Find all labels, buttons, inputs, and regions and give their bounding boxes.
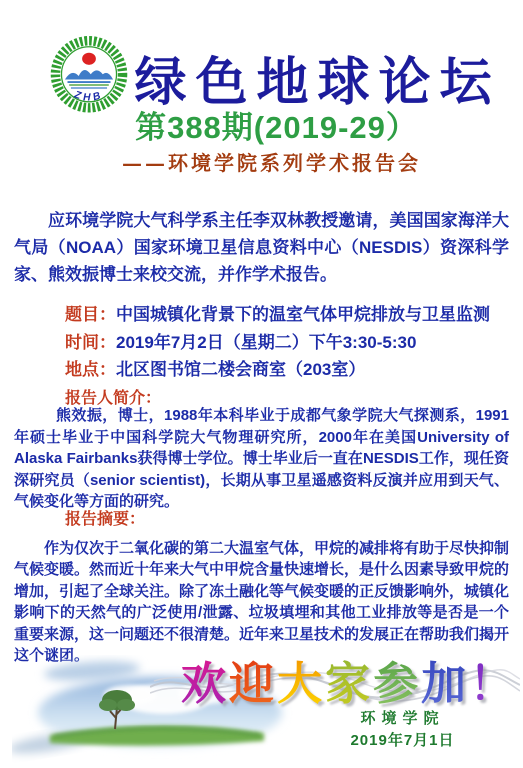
organizer-name: 环境学院 — [330, 707, 475, 728]
welcome-char: 参 — [373, 647, 421, 712]
time-label: 时间： — [65, 333, 116, 352]
tree-foliage — [117, 699, 135, 711]
poster-footer-area: 欢迎大家参加！ 环境学院 2019年7月1日 — [0, 645, 523, 768]
welcome-char: 家 — [325, 647, 373, 712]
series-subtitle: ——环境学院系列学术报告会 — [20, 147, 523, 176]
time-value: 2019年7月2日（星期二）下午3:30-5:30 — [116, 333, 416, 352]
seminar-poster: ZHB 绿色地球论坛 第388期(2019-29） ——环境学院系列学术报告会 … — [0, 0, 523, 768]
topic-label: 题目： — [65, 305, 116, 324]
topic-row: 题目：中国城镇化背景下的温室气体甲烷排放与卫星监测 — [65, 301, 509, 329]
welcome-text: 欢迎大家参加！ — [181, 647, 517, 712]
abstract-heading-row: 报告摘要： — [65, 509, 509, 531]
welcome-char: 加 — [421, 647, 469, 712]
event-details: 题目：中国城镇化背景下的温室气体甲烷排放与卫星监测 时间：2019年7月2日（星… — [65, 301, 509, 412]
venue-row: 地点：北区图书馆二楼会商室（203室） — [65, 356, 509, 384]
welcome-char: 大 — [277, 647, 325, 712]
bio-heading: 报告人简介： — [65, 390, 161, 407]
tree-foliage — [99, 699, 117, 711]
abstract-heading: 报告摘要： — [65, 511, 145, 528]
welcome-char: ！ — [469, 647, 517, 712]
speaker-bio: 熊效振，博士，1988年本科毕业于成都气象学院大气探测系，1991年硕士毕业于中… — [14, 405, 509, 513]
issue-number: 第388期(2019-29） — [30, 102, 523, 147]
venue-label: 地点： — [65, 360, 116, 379]
invitation-paragraph: 应环境学院大气科学系主任李双林教授邀请，美国国家海洋大气局（NOAA）国家环境卫… — [14, 207, 509, 288]
sun-icon — [82, 53, 96, 65]
welcome-char: 迎 — [229, 647, 277, 712]
welcome-char: 欢 — [181, 647, 229, 712]
topic-value: 中国城镇化背景下的温室气体甲烷排放与卫星监测 — [116, 305, 490, 324]
issue-date: 2019年7月1日 — [330, 729, 475, 750]
time-row: 时间：2019年7月2日（星期二）下午3:30-5:30 — [65, 329, 509, 357]
signature-block: 环境学院 2019年7月1日 — [330, 707, 475, 750]
poster-body: 应环境学院大气科学系主任李双林教授邀请，美国国家海洋大气局（NOAA）国家环境卫… — [14, 185, 509, 667]
poster-header: ZHB 绿色地球论坛 第388期(2019-29） ——环境学院系列学术报告会 — [0, 0, 523, 185]
venue-value: 北区图书馆二楼会商室（203室） — [116, 360, 365, 379]
